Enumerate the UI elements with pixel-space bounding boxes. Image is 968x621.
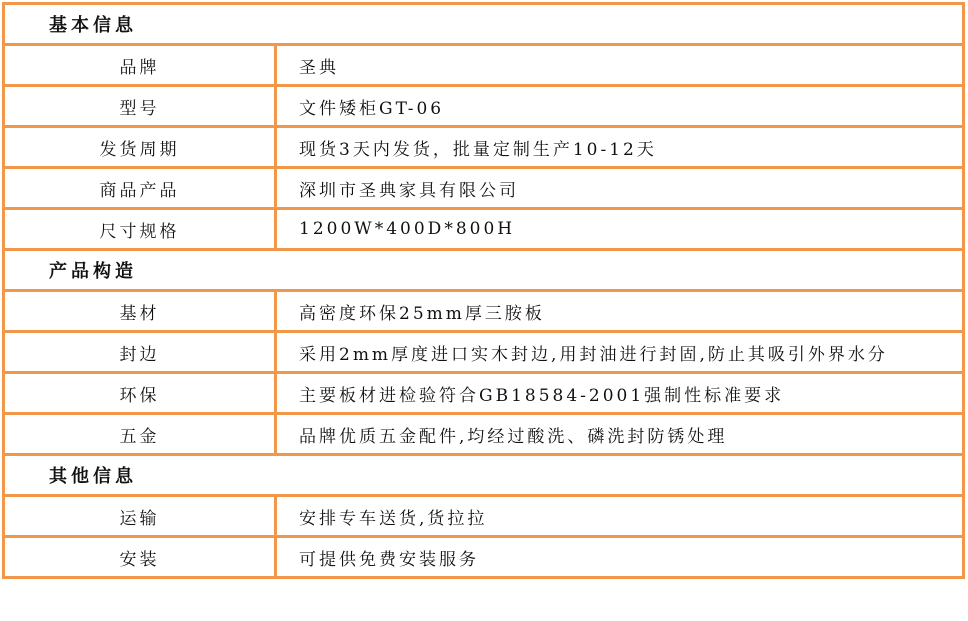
- row-label: 发货周期: [4, 127, 276, 168]
- table-row: 环保 主要板材进检验符合GB18584-2001强制性标准要求: [4, 373, 964, 414]
- row-label: 尺寸规格: [4, 209, 276, 250]
- table-row: 商品产品 深圳市圣典家具有限公司: [4, 168, 964, 209]
- table-row: 尺寸规格 1200W*400D*800H: [4, 209, 964, 250]
- section-header-construction: 产品构造: [4, 250, 964, 291]
- row-value: 现货3天内发货，批量定制生产10-12天: [276, 127, 964, 168]
- row-value: 1200W*400D*800H: [276, 209, 964, 250]
- table-row: 封边 采用2mm厚度进口实木封边,用封油进行封固,防止其吸引外界水分: [4, 332, 964, 373]
- row-value: 可提供免费安装服务: [276, 537, 964, 578]
- row-label: 五金: [4, 414, 276, 455]
- table-row: 五金 品牌优质五金配件,均经过酸洗、磷洗封防锈处理: [4, 414, 964, 455]
- row-label: 封边: [4, 332, 276, 373]
- row-value: 品牌优质五金配件,均经过酸洗、磷洗封防锈处理: [276, 414, 964, 455]
- section-title: 其他信息: [4, 455, 964, 496]
- row-label: 型号: [4, 86, 276, 127]
- table-row: 安装 可提供免费安装服务: [4, 537, 964, 578]
- row-value: 深圳市圣典家具有限公司: [276, 168, 964, 209]
- row-label: 运输: [4, 496, 276, 537]
- row-label: 环保: [4, 373, 276, 414]
- row-label: 品牌: [4, 45, 276, 86]
- row-value: 高密度环保25mm厚三胺板: [276, 291, 964, 332]
- row-label: 基材: [4, 291, 276, 332]
- row-value: 采用2mm厚度进口实木封边,用封油进行封固,防止其吸引外界水分: [276, 332, 964, 373]
- section-title: 产品构造: [4, 250, 964, 291]
- row-value: 圣典: [276, 45, 964, 86]
- row-label: 商品产品: [4, 168, 276, 209]
- section-title: 基本信息: [4, 4, 964, 45]
- table-row: 运输 安排专车送货,货拉拉: [4, 496, 964, 537]
- table-row: 基材 高密度环保25mm厚三胺板: [4, 291, 964, 332]
- product-spec-table: 基本信息 品牌 圣典 型号 文件矮柜GT-06 发货周期 现货3天内发货，批量定…: [2, 2, 965, 579]
- table-row: 发货周期 现货3天内发货，批量定制生产10-12天: [4, 127, 964, 168]
- section-header-basic: 基本信息: [4, 4, 964, 45]
- section-header-other: 其他信息: [4, 455, 964, 496]
- row-value: 安排专车送货,货拉拉: [276, 496, 964, 537]
- table-row: 品牌 圣典: [4, 45, 964, 86]
- table-row: 型号 文件矮柜GT-06: [4, 86, 964, 127]
- row-value: 文件矮柜GT-06: [276, 86, 964, 127]
- row-value: 主要板材进检验符合GB18584-2001强制性标准要求: [276, 373, 964, 414]
- row-label: 安装: [4, 537, 276, 578]
